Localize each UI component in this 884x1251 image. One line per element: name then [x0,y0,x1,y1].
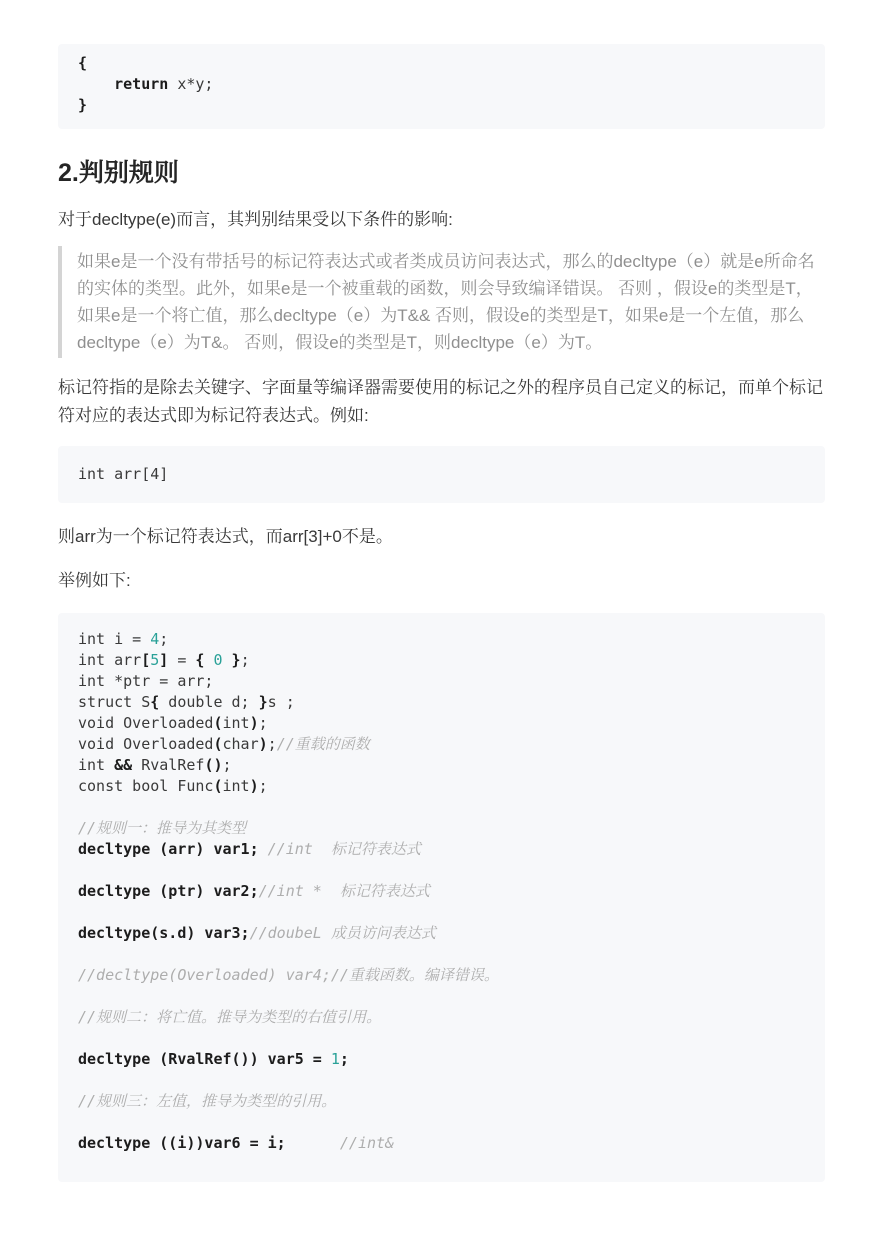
code-line: decltype ((i))var6 = i; //int& [78,1133,805,1154]
article-page: { "colors": { "body_text": "#383838", "c… [0,0,884,1251]
code-segment: decltype (arr) var1; [78,840,268,858]
code-line: const bool Func(int); [78,776,805,797]
code-segment: const bool Func [78,777,213,795]
blockquote-text: 如果e是一个没有带括号的标记符表达式或者类成员访问表达式，那么的decltype… [77,252,815,352]
code-line [78,797,805,818]
code-segment: x*y; [168,75,213,93]
blockquote-decltype-rules: 如果e是一个没有带括号的标记符表达式或者类成员访问表达式，那么的decltype… [58,246,825,358]
code-line: void Overloaded(int); [78,713,805,734]
code-segment: { [150,693,159,711]
code-segment: //规则三：左值，推导为类型的引用。 [78,1092,336,1110]
code-line: decltype (arr) var1; //int 标记符表达式 [78,839,805,860]
code-segment: //int 标记符表达式 [268,840,421,858]
code-line: //规则二：将亡值。推导为类型的右值引用。 [78,1007,805,1028]
paragraph-example-label: 举例如下: [58,567,825,595]
section-heading: 2.判别规则 [58,157,825,189]
code-segment: [ [141,651,150,669]
code-segment: //重载的函数 [277,735,370,753]
paragraph-decltype-intro: 对于decltype(e)而言，其判别结果受以下条件的影响: [58,206,825,234]
article-content: { return x*y;} 2.判别规则 对于decltype(e)而言，其判… [0,0,884,1182]
code-segment: 5 [150,651,159,669]
code-line: int arr[4] [78,464,805,485]
code-segment: } [78,96,87,114]
code-segment: && [114,756,132,774]
code-line: int i = 4; [78,629,805,650]
code-segment: //规则一：推导为其类型 [78,819,246,837]
code-segment: void Overloaded [78,735,213,753]
code-segment: () [204,756,222,774]
code-line: decltype(s.d) var3;//doubeL 成员访问表达式 [78,923,805,944]
code-segment: decltype(s.d) var3; [78,924,250,942]
code-line [78,860,805,881]
code-line: { [78,53,805,74]
code-line [78,1070,805,1091]
code-line [78,902,805,923]
code-segment: 4 [150,630,159,648]
code-line [78,944,805,965]
code-segment: { [78,54,87,72]
code-segment [78,75,114,93]
code-segment: ( [213,714,222,732]
code-line: int *ptr = arr; [78,671,805,692]
code-block-decltype-examples: int i = 4;int arr[5] = { 0 };int *ptr = … [58,613,825,1182]
code-segment: int [223,777,250,795]
code-segment: } [223,651,241,669]
code-segment: //int& [340,1134,394,1152]
code-segment: { [195,651,213,669]
code-segment: struct S [78,693,150,711]
code-segment: s ; [268,693,295,711]
code-segment: decltype (ptr) var2; [78,882,259,900]
code-segment [286,1134,340,1152]
code-segment: ; [223,756,232,774]
paragraph-identifier-definition: 标记符指的是除去关键字、字面量等编译器需要使用的标记之外的程序员自己定义的标记，… [58,374,825,430]
code-segment: ; [259,777,268,795]
code-segment: int [78,756,114,774]
code-segment: int *ptr = arr; [78,672,213,690]
code-segment: //decltype(Overloaded) var4;//重载函数。编译错误。 [78,966,499,984]
code-segment: char [223,735,259,753]
code-segment: ( [213,735,222,753]
code-line: int arr[5] = { 0 }; [78,650,805,671]
code-segment: ; [241,651,250,669]
code-line: //decltype(Overloaded) var4;//重载函数。编译错误。 [78,965,805,986]
code-line: decltype (RvalRef()) var5 = 1; [78,1049,805,1070]
code-line: //规则三：左值，推导为类型的引用。 [78,1091,805,1112]
code-line: void Overloaded(char);//重载的函数 [78,734,805,755]
code-segment: 0 [213,651,222,669]
code-segment: int i = [78,630,150,648]
code-segment: int arr [78,651,141,669]
code-line: return x*y; [78,74,805,95]
code-segment: int arr[4] [78,465,168,483]
code-segment: //规则二：将亡值。推导为类型的右值引用。 [78,1008,381,1026]
code-segment: ) [250,714,259,732]
code-segment: ) [259,735,268,753]
code-line [78,1112,805,1133]
code-line: struct S{ double d; }s ; [78,692,805,713]
code-line: } [78,95,805,116]
code-segment: = [168,651,195,669]
code-segment: ; [340,1050,349,1068]
code-segment: ] [159,651,168,669]
code-segment: } [259,693,268,711]
code-segment: RvalRef [132,756,204,774]
code-segment: ; [268,735,277,753]
code-segment: ( [213,777,222,795]
code-segment: int [223,714,250,732]
code-segment: void Overloaded [78,714,213,732]
code-line [78,1028,805,1049]
code-line [78,986,805,1007]
code-segment: double d; [159,693,258,711]
code-segment: ; [159,630,168,648]
code-segment: return [114,75,168,93]
code-segment: //doubeL 成员访问表达式 [250,924,436,942]
code-segment: //int * 标记符表达式 [259,882,430,900]
code-line: int && RvalRef(); [78,755,805,776]
code-line: //规则一：推导为其类型 [78,818,805,839]
paragraph-arr-note: 则arr为一个标记符表达式，而arr[3]+0不是。 [58,523,825,551]
code-line: decltype (ptr) var2;//int * 标记符表达式 [78,881,805,902]
code-segment: 1 [331,1050,340,1068]
code-segment: decltype (RvalRef()) var5 = [78,1050,331,1068]
code-block-int-arr: int arr[4] [58,446,825,503]
code-segment: decltype ((i))var6 = i; [78,1134,286,1152]
code-segment: ) [250,777,259,795]
code-segment: ; [259,714,268,732]
code-block-return-snippet: { return x*y;} [58,44,825,129]
